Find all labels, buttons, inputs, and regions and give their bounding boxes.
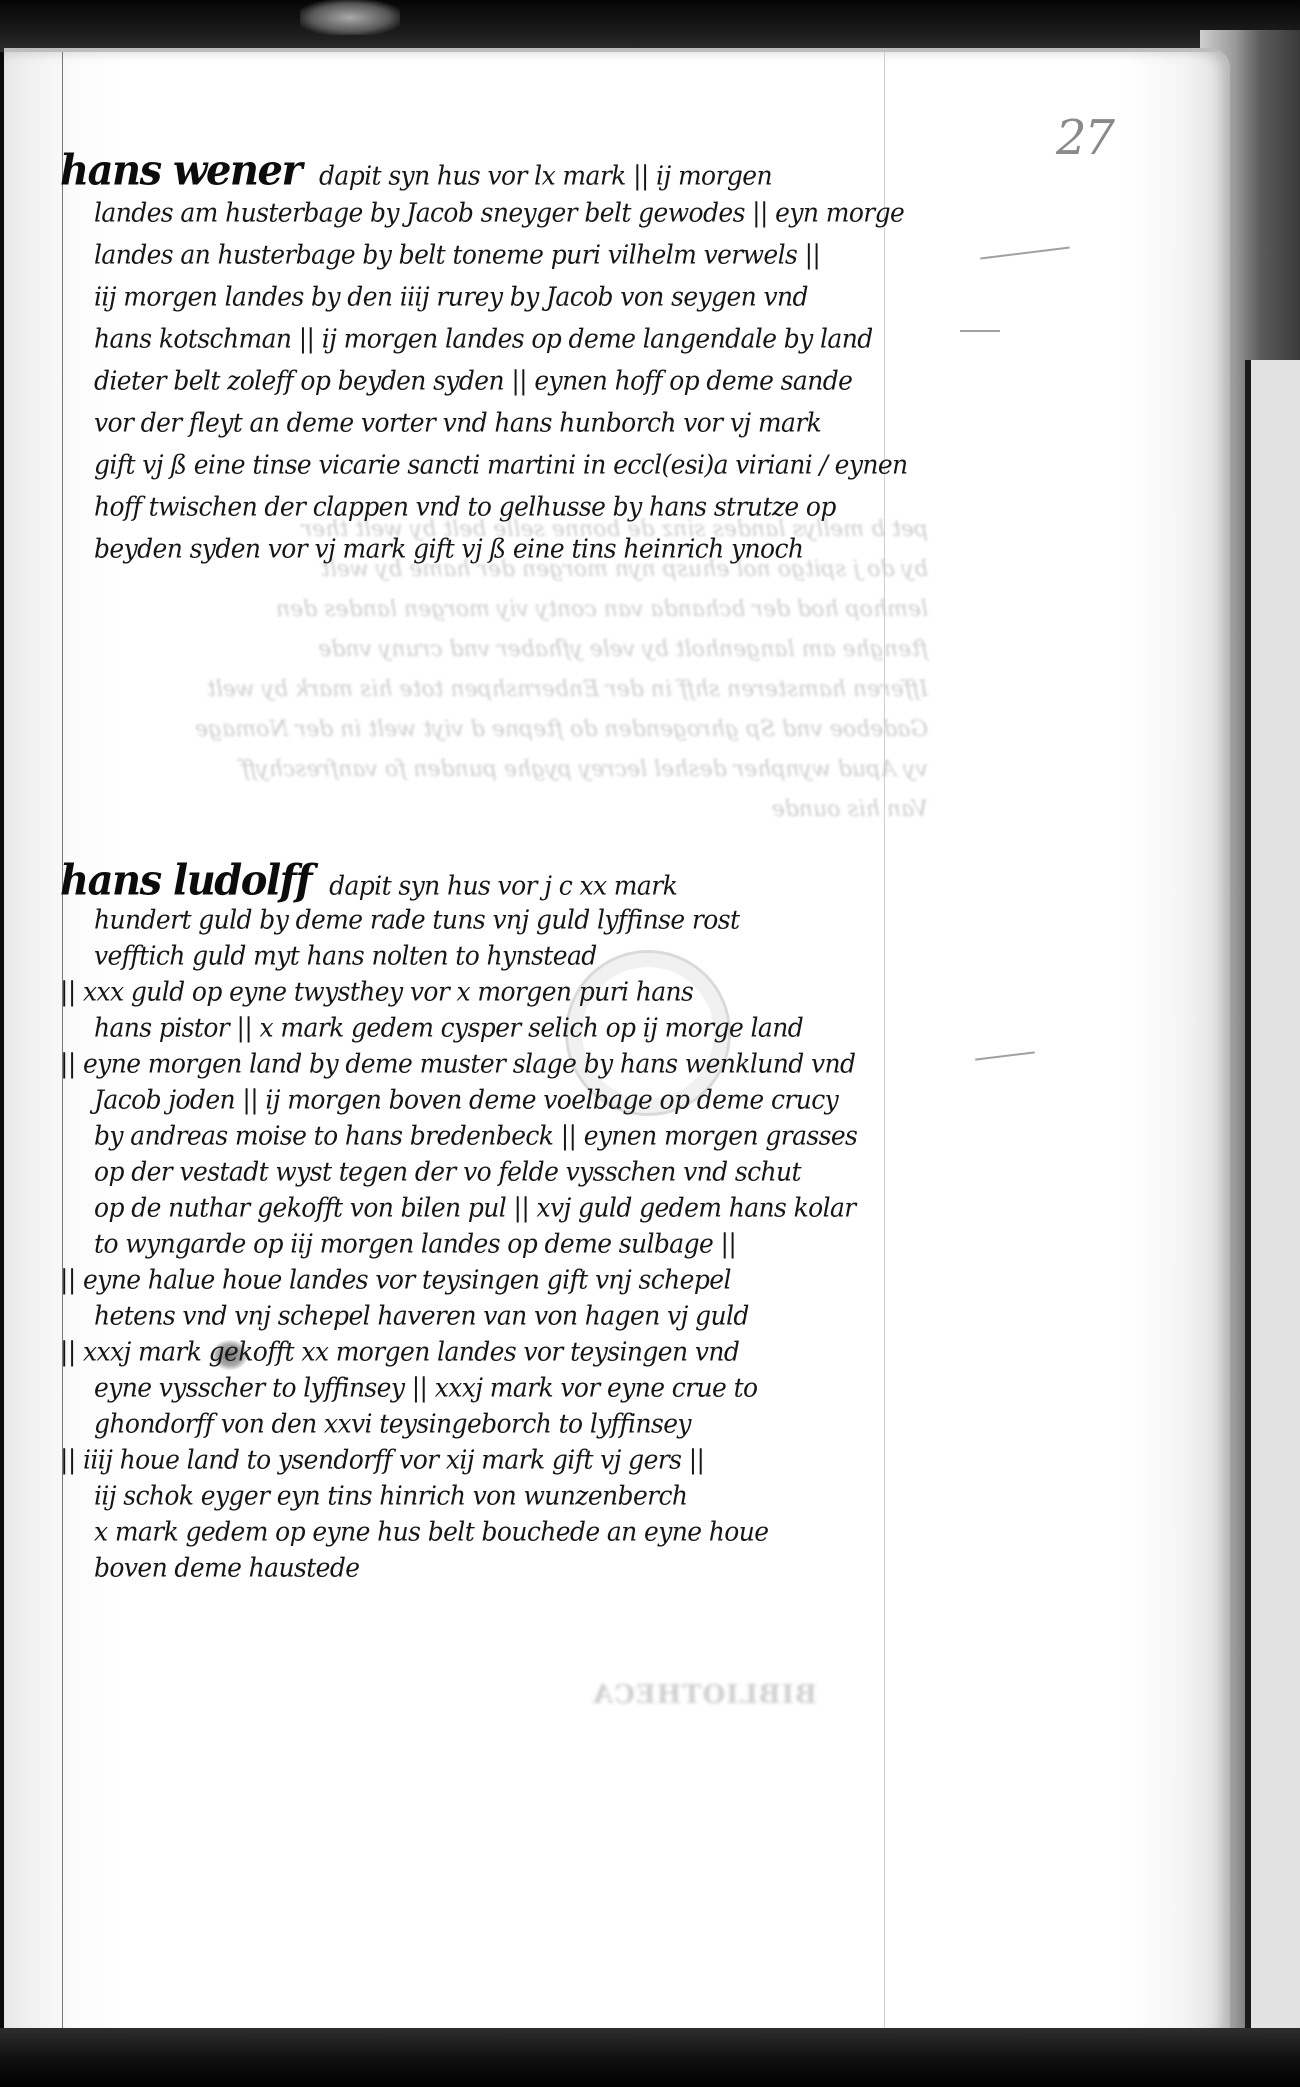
adjacent-card xyxy=(1245,360,1300,2087)
entry-line: || xxxj mark gekofft xx morgen landes vo… xyxy=(60,1333,857,1371)
entry-line: || xxx guld op eyne twysthey vor x morge… xyxy=(60,973,857,1011)
folio-number: 27 xyxy=(1056,110,1113,166)
entry-line: op de nuthar gekofft von bilen pul || xv… xyxy=(60,1189,857,1227)
entry-line: by andreas moise to hans bredenbeck || e… xyxy=(60,1117,857,1155)
scan-top-border xyxy=(0,0,1300,52)
entry-line: gift vj ß eine tinse vicarie sancti mart… xyxy=(60,443,908,487)
entry-name: hans ludolff xyxy=(60,856,311,905)
entry-line: hans pistor || x mark gedem cysper selic… xyxy=(60,1009,857,1047)
entry-line: hans kotschman || ij morgen landes op de… xyxy=(60,317,908,361)
entry-line: iij schok eyger eyn tins hinrich von wun… xyxy=(60,1477,857,1515)
entry-line: || eyne halue houe landes vor teysingen … xyxy=(60,1261,857,1299)
entry-line: boven deme haustede xyxy=(60,1549,857,1587)
entry-line: ghondorff von den xxvi teysingeborch to … xyxy=(60,1405,857,1443)
entry-line: beyden syden vor vj mark gift vj ß eine … xyxy=(60,527,908,571)
entry-line: landes an husterbage by belt toneme puri… xyxy=(60,233,908,277)
entry-line: vor der fleyt an deme vorter vnd hans hu… xyxy=(60,401,908,445)
entry-line: op der vestadt wyst tegen der vo felde v… xyxy=(60,1153,857,1191)
entry-line: || iiij houe land to ysendorff vor xij m… xyxy=(60,1441,857,1479)
entry-line: hoff twischen der clappen vnd to gelhuss… xyxy=(60,485,908,529)
entry-line: Jacob joden || ij morgen boven deme voel… xyxy=(60,1081,857,1119)
entry-line: x mark gedem op eyne hus belt bouchede a… xyxy=(60,1513,857,1551)
stamp-ghost: BIBLIOTHECA xyxy=(592,1680,817,1710)
entry-line: iij morgen landes by den iiij rurey by J… xyxy=(60,275,908,319)
register-entry-2: hans ludolffdapit syn hus vor j c xx mar… xyxy=(60,860,857,1586)
entry-line: hetens vnd vnj schepel haveren van von h… xyxy=(60,1297,857,1335)
margin-stroke xyxy=(960,330,1000,332)
entry-line: vefftich guld myt hans nolten to hynstea… xyxy=(60,937,857,975)
entry-line: eyne vysscher to lyffinsey || xxxj mark … xyxy=(60,1369,857,1407)
entry-line: dieter belt zoleff op beyden syden || ey… xyxy=(60,359,908,403)
scan-light-glare xyxy=(300,0,400,35)
entry-name: hans wener xyxy=(60,146,301,195)
entry-line: landes am husterbage by Jacob sneyger be… xyxy=(60,191,908,235)
entry-line: hundert guld by deme rade tuns vnj guld … xyxy=(60,901,857,939)
scan-bottom-border xyxy=(0,2028,1300,2087)
entry-line: to wyngarde op iij morgen landes op deme… xyxy=(60,1225,857,1263)
entry-line: hans ludolffdapit syn hus vor j c xx mar… xyxy=(60,859,857,903)
entry-line: hans wenerdapit syn hus vor lx mark || i… xyxy=(60,149,908,193)
entry-line: || eyne morgen land by deme muster slage… xyxy=(60,1045,857,1083)
register-entry-1: hans wenerdapit syn hus vor lx mark || i… xyxy=(60,150,908,570)
